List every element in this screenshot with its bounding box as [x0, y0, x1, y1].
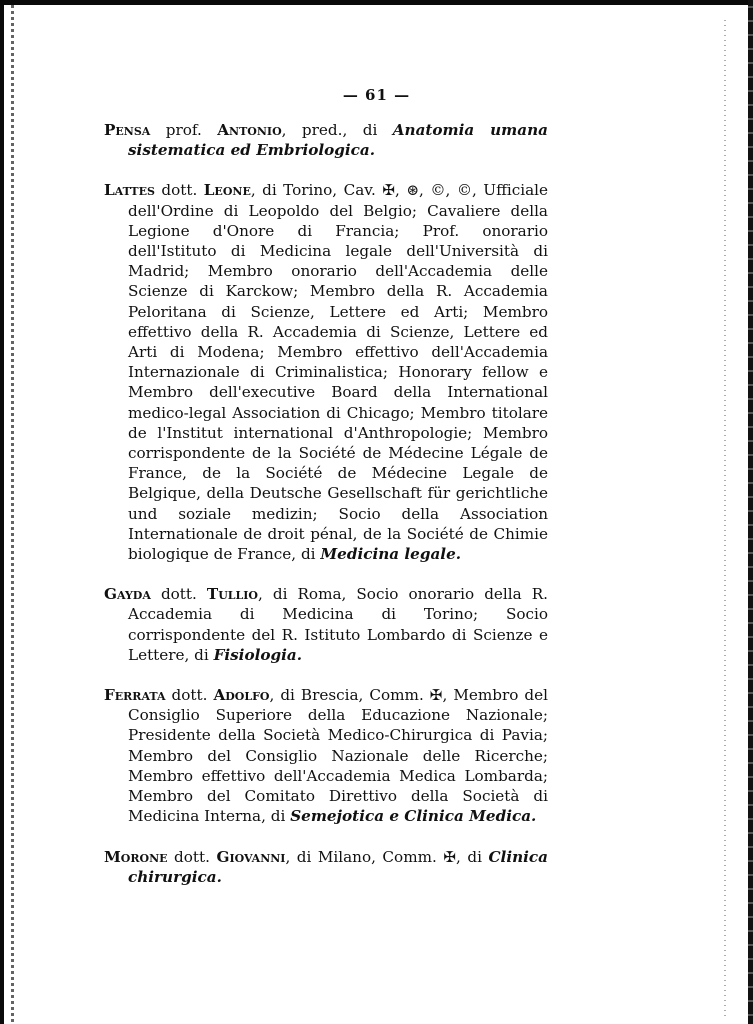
entry-surname: Lattes — [104, 181, 155, 199]
entry-title: prof. — [150, 121, 217, 139]
faculty-entry: Gayda dott. Tullio, di Roma, Socio onora… — [104, 584, 548, 665]
scan-binding-shadow — [11, 5, 14, 1024]
entry-details: , di Brescia, Comm. ✠, Membro del Consig… — [128, 686, 548, 825]
entry-given-name: Giovanni — [216, 848, 285, 866]
entry-details: , di Torino, Cav. ✠, ⊛, ©, ©, Ufficiale … — [128, 181, 548, 563]
entry-details: , pred., di — [282, 121, 393, 139]
faculty-entry: Pensa prof. Antonio, pred., di Anatomia … — [104, 120, 548, 160]
entry-subject: Semejotica e Clinica Medica. — [290, 807, 536, 825]
page-number: — 61 — — [0, 86, 753, 104]
entry-surname: Morone — [104, 848, 168, 866]
entry-title: dott. — [151, 585, 207, 603]
faculty-entry: Morone dott. Giovanni, di Milano, Comm. … — [104, 847, 548, 887]
faculty-list: Pensa prof. Antonio, pred., di Anatomia … — [104, 120, 548, 907]
entry-given-name: Antonio — [217, 121, 281, 139]
entry-given-name: Tullio — [207, 585, 258, 603]
faculty-entry: Lattes dott. Leone, di Torino, Cav. ✠, ⊛… — [104, 180, 548, 564]
entry-title: dott. — [166, 686, 214, 704]
entry-title: dott. — [155, 181, 204, 199]
scan-border-left — [0, 0, 4, 1024]
entry-surname: Gayda — [104, 585, 151, 603]
entry-surname: Ferrata — [104, 686, 166, 704]
entry-details: , di Milano, Comm. ✠, di — [285, 848, 488, 866]
entry-given-name: Leone — [204, 181, 251, 199]
entry-subject: Fisiologia. — [214, 646, 302, 664]
entry-surname: Pensa — [104, 121, 150, 139]
entry-subject: Medicina legale. — [320, 545, 461, 563]
scan-border-right — [748, 0, 753, 1024]
scan-bleed-through — [724, 20, 726, 1020]
scan-border-top — [0, 0, 753, 5]
entry-title: dott. — [168, 848, 217, 866]
faculty-entry: Ferrata dott. Adolfo, di Brescia, Comm. … — [104, 685, 548, 826]
entry-given-name: Adolfo — [213, 686, 269, 704]
